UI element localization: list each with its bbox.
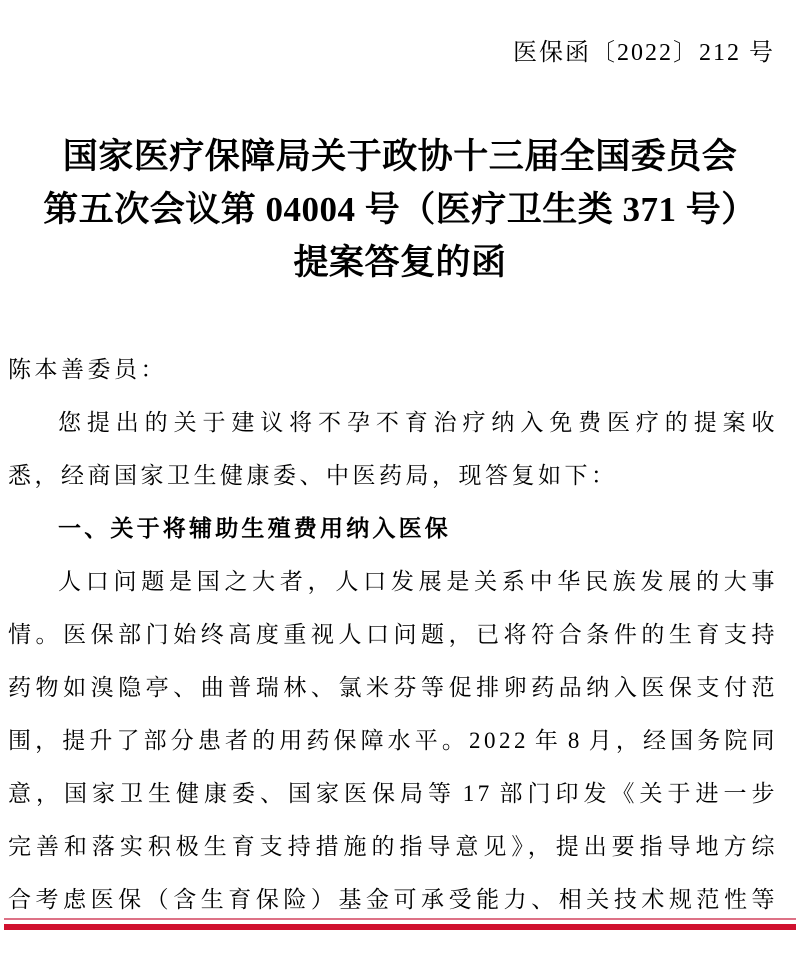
paragraph-1-line-1: 您提出的关于建议将不孕不育治疗纳入免费医疗的提案收 <box>8 396 778 449</box>
document-number: 医保函〔2022〕212 号 <box>513 32 775 67</box>
document-body: 陈本善委员： 您提出的关于建议将不孕不育治疗纳入免费医疗的提案收 悉，经商国家卫… <box>8 343 778 926</box>
footer-rule-thin <box>4 918 796 920</box>
document-page: 医保函〔2022〕212 号 国家医疗保障局关于政协十三届全国委员会 第五次会议… <box>0 0 800 958</box>
title-line-2: 第五次会议第 04004 号（医疗卫生类 371 号） <box>0 183 800 236</box>
paragraph-2-line-4: 围，提升了部分患者的用药保障水平。2022 年 8 月，经国务院同 <box>8 714 778 767</box>
paragraph-2-line-2: 情。医保部门始终高度重视人口问题，已将符合条件的生育支持 <box>8 608 778 661</box>
document-title: 国家医疗保障局关于政协十三届全国委员会 第五次会议第 04004 号（医疗卫生类… <box>0 130 800 289</box>
title-line-1: 国家医疗保障局关于政协十三届全国委员会 <box>0 130 800 183</box>
section-heading-1: 一、关于将辅助生殖费用纳入医保 <box>8 502 778 555</box>
salutation: 陈本善委员： <box>8 343 778 396</box>
paragraph-2-line-1: 人口问题是国之大者，人口发展是关系中华民族发展的大事 <box>8 555 778 608</box>
paragraph-2-line-5: 意，国家卫生健康委、国家医保局等 17 部门印发《关于进一步 <box>8 767 778 820</box>
paragraph-2-line-6: 完善和落实积极生育支持措施的指导意见》，提出要指导地方综 <box>8 820 778 873</box>
paragraph-1-line-2: 悉，经商国家卫生健康委、中医药局，现答复如下： <box>8 449 778 502</box>
paragraph-2-line-3: 药物如溴隐亭、曲普瑞林、氯米芬等促排卵药品纳入医保支付范 <box>8 661 778 714</box>
title-line-3: 提案答复的函 <box>0 236 800 289</box>
footer-rule-thick <box>4 924 796 930</box>
